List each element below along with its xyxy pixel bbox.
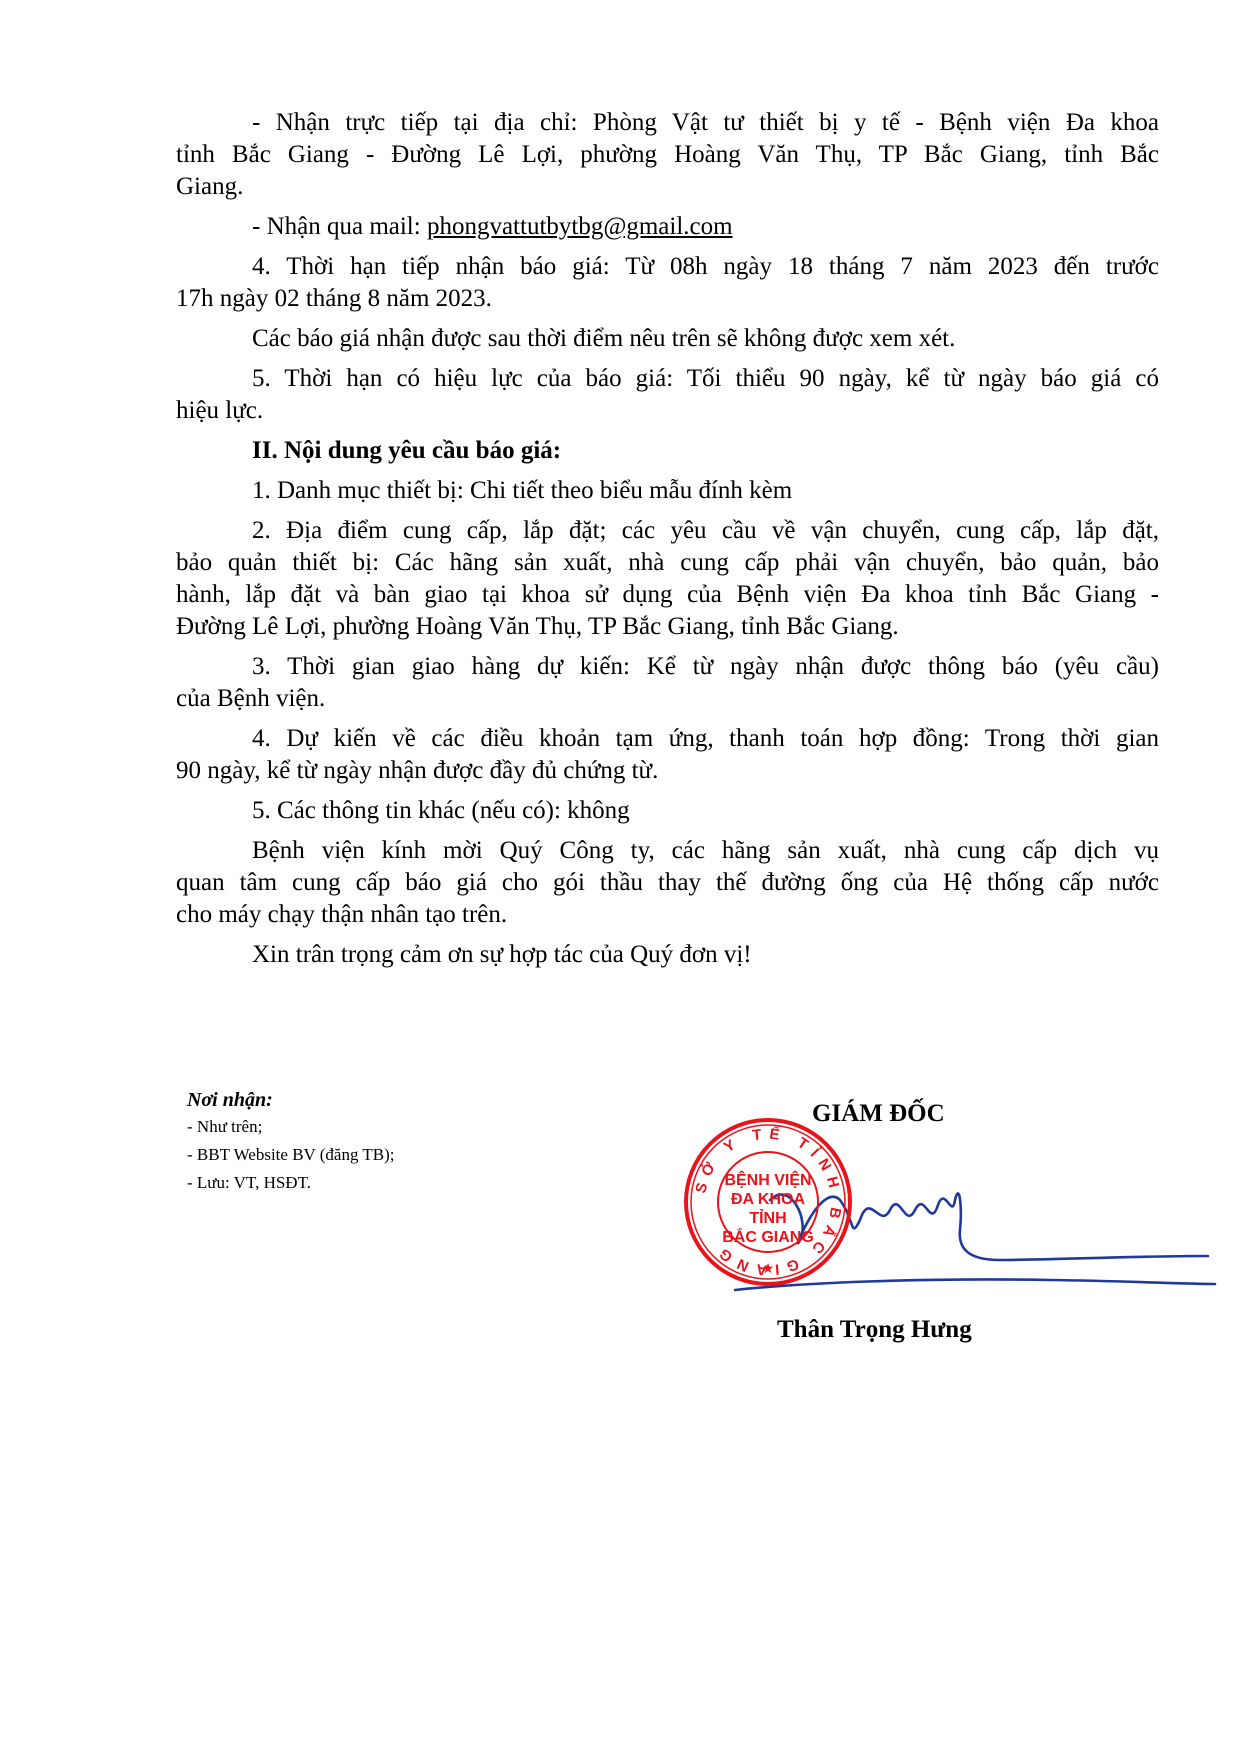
invitation-line1: Bệnh viện kính mời Quý Công ty, các hãng… — [252, 836, 1159, 866]
invitation-line3: cho máy chạy thận nhân tạo trên. — [176, 900, 507, 930]
invitation-line2: quan tâm cung cấp báo giá cho gói thầu t… — [176, 868, 1159, 898]
item4-line1: 4. Dự kiến về các điều khoản tạm ứng, th… — [252, 724, 1159, 754]
item2-line3: hành, lắp đặt và bàn giao tại khoa sử dụ… — [176, 580, 1159, 610]
para-receive-mail: - Nhận qua mail: phongvattutbytbg@gmail.… — [252, 212, 733, 242]
recipient-item: - Lưu: VT, HSĐT. — [187, 1173, 311, 1193]
para-deadline-line2: 17h ngày 02 tháng 8 năm 2023. — [176, 284, 492, 314]
para-deadline-line1: 4. Thời hạn tiếp nhận báo giá: Từ 08h ng… — [252, 252, 1159, 282]
stamp-line: BỆNH VIỆN — [724, 1170, 811, 1189]
para-receive-direct-line3: Giang. — [176, 172, 243, 202]
document-page: - Nhận trực tiếp tại địa chỉ: Phòng Vật … — [0, 0, 1241, 1755]
recipient-item: - BBT Website BV (đăng TB); — [187, 1145, 395, 1165]
section2-heading: II. Nội dung yêu cầu báo giá: — [252, 436, 561, 466]
recipient-item: - Như trên; — [187, 1117, 262, 1137]
item1: 1. Danh mục thiết bị: Chi tiết theo biểu… — [252, 476, 792, 506]
para-receive-direct-line1: - Nhận trực tiếp tại địa chỉ: Phòng Vật … — [252, 108, 1159, 138]
para-receive-direct-line2: tỉnh Bắc Giang - Đường Lê Lợi, phường Ho… — [176, 140, 1159, 170]
stamp-line: TỈNH — [749, 1208, 786, 1227]
stamp-line: BẮC GIANG — [722, 1227, 814, 1246]
item2-line2: bảo quản thiết bị: Các hãng sản xuất, nh… — [176, 548, 1159, 578]
para-late: Các báo giá nhận được sau thời điểm nêu … — [252, 324, 955, 354]
item4-line2: 90 ngày, kể từ ngày nhận được đầy đủ chứ… — [176, 756, 658, 786]
star-icon: ★ — [762, 1261, 775, 1277]
recipients-title: Nơi nhận: — [187, 1089, 273, 1112]
item2-line1: 2. Địa điểm cung cấp, lắp đặt; các yêu c… — [252, 516, 1159, 546]
stamp-line: ĐA KHOA — [731, 1191, 806, 1208]
official-stamp: SỞ Y TẾ TỈNH BẮC GIANG BỆNH VIỆN ĐA KHOA… — [683, 1117, 853, 1287]
para-validity-line1: 5. Thời hạn có hiệu lực của báo giá: Tối… — [252, 364, 1159, 394]
email-link[interactable]: phongvattutbytbg@gmail.com — [427, 213, 733, 240]
item2-line4: Đường Lê Lợi, phường Hoàng Văn Thụ, TP B… — [176, 612, 899, 642]
item5: 5. Các thông tin khác (nếu có): không — [252, 796, 630, 826]
item3-line1: 3. Thời gian giao hàng dự kiến: Kể từ ng… — [252, 652, 1159, 682]
thanks-line: Xin trân trọng cảm ơn sự hợp tác của Quý… — [252, 940, 752, 970]
item3-line2: của Bệnh viện. — [176, 684, 325, 714]
mail-prefix: - Nhận qua mail: — [252, 213, 427, 240]
para-validity-line2: hiệu lực. — [176, 396, 263, 426]
signer-name: Thân Trọng Hưng — [777, 1316, 972, 1344]
